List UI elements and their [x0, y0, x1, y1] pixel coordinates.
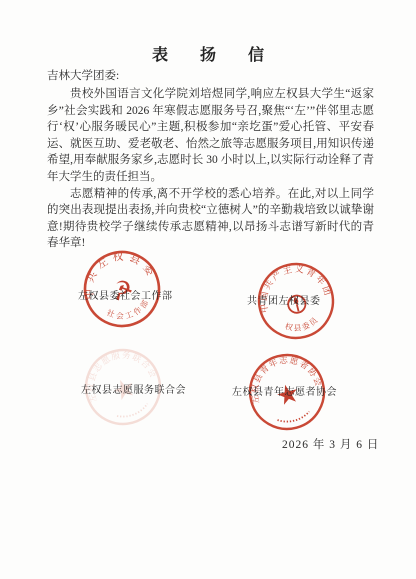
- paragraph-1: 贵校外国语言文化学院刘培煜同学,响应左权县大学生“返家乡”社会实践和 2026 …: [47, 86, 374, 186]
- paragraph-2: 志愿精神的传承,离不开学校的悉心培养。在此,对以上同学的突出表现提出表扬,并向贵…: [47, 186, 374, 252]
- letter-title: 表 扬 信: [0, 42, 416, 65]
- signature-youth-league: 共青团左权县委: [247, 292, 321, 307]
- signature-party-social-work: 左权县委社会工作部: [78, 287, 173, 302]
- signature-young-volunteers: 左权县青年志愿者协会: [232, 383, 337, 398]
- signature-volunteer-federation: 左权县志愿服务联合会: [81, 381, 186, 396]
- commendation-letter-page: 表 扬 信 吉林大学团委: 贵校外国语言文化学院刘培煜同学,响应左权县大学生“返…: [0, 0, 416, 579]
- seal-serial-dots: [278, 412, 311, 425]
- letter-body: 贵校外国语言文化学院刘培煜同学,响应左权县大学生“返家乡”社会实践和 2026 …: [47, 86, 374, 252]
- seal-serial-dots: [117, 404, 149, 421]
- letter-date: 2026 年 3 月 6 日: [282, 436, 379, 452]
- salutation: 吉林大学团委:: [47, 67, 119, 83]
